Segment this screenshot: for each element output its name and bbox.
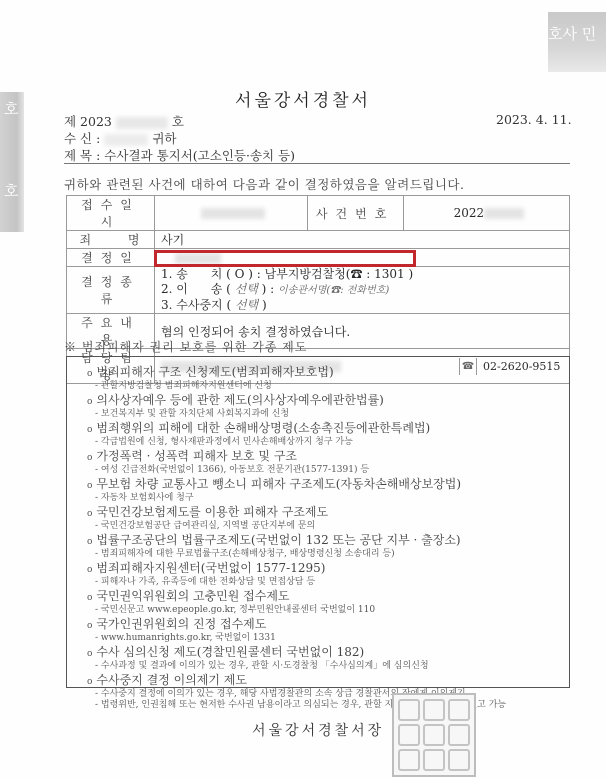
bullet-icon: o	[87, 481, 92, 491]
recipient-label: 수 신 :	[64, 131, 100, 146]
document-date: 2023. 4. 11.	[496, 112, 572, 127]
redacted-region	[175, 253, 221, 264]
bullet-icon: o	[87, 677, 92, 687]
doc-no-suffix: 호	[172, 114, 184, 129]
decision-type-label: 결정종류	[67, 267, 155, 314]
received-value	[155, 196, 308, 231]
decision-date-value	[155, 249, 570, 267]
bullet-icon: o	[87, 397, 92, 407]
table-row: 접수일시 사건번호 2022	[67, 196, 570, 231]
list-item: o무보험 차량 교통사고 뺑소니 피해자 구조제도(자동차손해배상보장법)- 자…	[87, 477, 569, 504]
list-item-detail: - www.humanrights.go.kr, 국번없이 1331	[87, 633, 569, 644]
bullet-icon: o	[87, 369, 92, 379]
decision-option-transfer: 2. 이 송 ( 선택 ) : 이송관서명(☎: 전화번호)	[161, 282, 563, 298]
option-text: ) :	[258, 282, 278, 296]
option-text: 2. 이 송 (	[161, 282, 235, 296]
agency-title: 서울강서경찰서	[0, 86, 606, 111]
list-item: o국민권익위원회의 고충민원 접수제도- 국민신문고 www.epeople.g…	[87, 589, 569, 616]
table-row: 결정일	[67, 249, 570, 267]
bullet-icon: o	[87, 621, 92, 631]
list-item-heading: o국민건강보험제도를 이용한 피해자 구조제도	[87, 505, 569, 521]
table-row: 결정종류 1. 송 치 ( O ) : 남부지방검찰청(☎ : 1301 ) 2…	[67, 267, 570, 314]
bullet-icon: o	[87, 565, 92, 575]
table-row: 죄 명 사기	[67, 231, 570, 249]
subject-value: 수사결과 통지서(고소인등·송치 등)	[104, 148, 295, 163]
decision-option-suspend: 3. 수사중지 ( 선택 )	[161, 298, 563, 313]
document-page: 호사 민 호 호 서울강서경찰서 제 2023호 2023. 4. 11. 수 …	[0, 0, 606, 779]
list-item-heading: o수사중지 결정 이의제기 제도	[87, 673, 569, 689]
list-item: o수사 심의신청 제도(경찰민원콜센터 국번없이 182)- 수사과정 및 결과…	[87, 645, 569, 672]
redacted-region	[116, 117, 168, 129]
list-item-detail: - 법령위반, 인권침해 또는 현저한 수사권 남용이라고 의심되는 경우, 관…	[87, 700, 569, 711]
list-item-heading: o수사 심의신청 제도(경찰민원콜센터 국번없이 182)	[87, 645, 569, 661]
rights-list: o범죄피해자 구조 신청제도(범죄피해자보호법)- 관할지방검찰청 범죄피해자지…	[66, 356, 570, 688]
heading-text: 법률구조공단의 법률구조제도(국번없이 132 또는 공단 지부 · 출장소)	[96, 533, 460, 547]
heading-text: 수사중지 결정 이의제기 제도	[96, 673, 247, 687]
list-item-detail: - 관할지방검찰청 범죄피해자지원센터에 신청	[87, 381, 569, 392]
list-item-detail: - 수사과정 및 결과에 이의가 있는 경우, 관할 시·도경찰청 「수사심의계…	[87, 661, 569, 672]
list-item-heading: o범죄피해자지원센터(국번없이 1577-1295)	[87, 561, 569, 577]
heading-text: 가정폭력 · 성폭력 피해자 보호 및 구조	[96, 449, 297, 463]
list-item: o범죄행위의 피해에 대한 손해배상명령(소송촉진등에관한특례법)- 각급법원에…	[87, 421, 569, 448]
doc-no-prefix: 제 2023	[64, 114, 112, 129]
option-text: 3. 수사중지 (	[161, 298, 235, 312]
bullet-icon: o	[87, 649, 92, 659]
option-italic: 선택	[235, 298, 258, 312]
list-item-detail: - 국민건강보험공단 급여관리실, 지역별 공단지부에 문의	[87, 521, 569, 532]
intro-text: 귀하와 관련된 사건에 대하여 다음과 같이 결정하였음을 알려드립니다.	[64, 175, 464, 193]
watermark-text: 호	[4, 180, 19, 201]
list-item-detail: - 국민신문고 www.epeople.go.kr, 정부민원안내콜센터 국번없…	[87, 605, 569, 616]
watermark-text: 호사 민	[548, 25, 596, 43]
heading-text: 범죄피해자 구조 신청제도(범죄피해자보호법)	[96, 365, 333, 379]
bullet-icon: o	[87, 509, 92, 519]
decision-date-label: 결정일	[67, 249, 155, 267]
bullet-icon: o	[87, 425, 92, 435]
heading-text: 범죄행위의 피해에 대한 손해배상명령(소송촉진등에관한특례법)	[96, 421, 430, 435]
list-item-heading: o의사상자예우 등에 관한 제도(의사상자예우에관한법률)	[87, 393, 569, 409]
heading-text: 의사상자예우 등에 관한 제도(의사상자예우에관한법률)	[96, 393, 383, 407]
list-item-heading: o범죄행위의 피해에 대한 손해배상명령(소송촉진등에관한특례법)	[87, 421, 569, 437]
case-no-value: 2022	[403, 196, 569, 231]
crime-label: 죄 명	[67, 231, 155, 249]
notice-title: ※ 범죄피해자 권리 보호를 위한 각종 제도	[64, 338, 307, 355]
redacted-region	[201, 208, 265, 219]
list-item-detail: - 여성 긴급전화(국번없이 1366), 아동보호 전문기관(1577-139…	[87, 465, 569, 476]
list-item: o법률구조공단의 법률구조제도(국번없이 132 또는 공단 지부 · 출장소)…	[87, 533, 569, 560]
heading-text: 국가인권위원회의 진정 접수제도	[96, 617, 266, 631]
bullet-icon: o	[87, 453, 92, 463]
watermark-left: 호 호	[0, 92, 24, 232]
decision-type-value: 1. 송 치 ( O ) : 남부지방검찰청(☎ : 1301 ) 2. 이 송…	[155, 267, 570, 314]
list-item: o범죄피해자 구조 신청제도(범죄피해자보호법)- 관할지방검찰청 범죄피해자지…	[87, 365, 569, 392]
heading-text: 국민권익위원회의 고충민원 접수제도	[96, 589, 289, 603]
heading-text: 무보험 차량 교통사고 뺑소니 피해자 구조제도(자동차손해배상보장법)	[96, 477, 461, 491]
case-no-text: 2022	[454, 206, 485, 220]
bullet-icon: o	[87, 593, 92, 603]
heading-text: 국민건강보험제도를 이용한 피해자 구조제도	[96, 505, 328, 519]
list-item-detail: - 보건복지부 및 관할 자치단체 사회복지과에 신청	[87, 409, 569, 420]
decision-option-transfer-prosecution: 1. 송 치 ( O ) : 남부지방검찰청(☎ : 1301 )	[161, 267, 563, 282]
divider	[64, 163, 570, 164]
option-italic: 선택	[235, 282, 258, 296]
option-text: )	[258, 298, 267, 312]
list-item: o범죄피해자지원센터(국번없이 1577-1295)- 피해자나 가족, 유족등…	[87, 561, 569, 588]
official-seal-icon	[392, 693, 476, 777]
heading-text: 범죄피해자지원센터(국번없이 1577-1295)	[96, 561, 325, 575]
signature: 서울강서경찰서장	[252, 720, 384, 740]
redacted-region	[104, 134, 148, 146]
heading-text: 수사 심의신청 제도(경찰민원콜센터 국번없이 182)	[96, 645, 364, 659]
subject: 제 목 : 수사결과 통지서(고소인등·송치 등)	[64, 146, 295, 164]
list-item-heading: o국가인권위원회의 진정 접수제도	[87, 617, 569, 633]
list-item-detail: - 범죄피해자에 대한 무료법률구조(손해배상청구, 배상명령신청 소송대리 등…	[87, 549, 569, 560]
list-item: o국민건강보험제도를 이용한 피해자 구조제도- 국민건강보험공단 급여관리실,…	[87, 505, 569, 532]
watermark-right: 호사 민	[548, 12, 606, 72]
list-item: o가정폭력 · 성폭력 피해자 보호 및 구조- 여성 긴급전화(국번없이 13…	[87, 449, 569, 476]
received-label: 접수일시	[67, 196, 155, 231]
redacted-region	[484, 208, 524, 219]
list-item-detail: - 수사중지 결정에 이의가 있는 경우, 해당 사법경찰관의 소속 상급 경찰…	[87, 689, 569, 700]
document-number: 제 2023호	[64, 112, 184, 130]
case-no-label: 사건번호	[307, 196, 403, 231]
recipient: 수 신 :귀하	[64, 129, 176, 147]
list-item-heading: o범죄피해자 구조 신청제도(범죄피해자보호법)	[87, 365, 569, 381]
list-item-heading: o가정폭력 · 성폭력 피해자 보호 및 구조	[87, 449, 569, 465]
option-italic: 이송관서명(☎: 전화번호)	[278, 285, 389, 296]
list-item-detail: - 피해자나 가족, 유족등에 대한 전화상담 및 면접상담 등	[87, 577, 569, 588]
subject-label: 제 목 :	[64, 148, 100, 163]
list-item-heading: o법률구조공단의 법률구조제도(국번없이 132 또는 공단 지부 · 출장소)	[87, 533, 569, 549]
list-item-heading: o무보험 차량 교통사고 뺑소니 피해자 구조제도(자동차손해배상보장법)	[87, 477, 569, 493]
list-item: o수사중지 결정 이의제기 제도- 수사중지 결정에 이의가 있는 경우, 해당…	[87, 673, 569, 711]
list-item-detail: - 자동차 보험회사에 청구	[87, 493, 569, 504]
recipient-suffix: 귀하	[152, 131, 176, 146]
list-item-detail: - 각급법원에 신청, 형사재판과정에서 민사손해배상까지 청구 가능	[87, 437, 569, 448]
list-item: o국가인권위원회의 진정 접수제도- www.humanrights.go.kr…	[87, 617, 569, 644]
list-item: o의사상자예우 등에 관한 제도(의사상자예우에관한법률)- 보건복지부 및 관…	[87, 393, 569, 420]
crime-value: 사기	[155, 231, 570, 249]
bullet-icon: o	[87, 537, 92, 547]
list-item-heading: o국민권익위원회의 고충민원 접수제도	[87, 589, 569, 605]
